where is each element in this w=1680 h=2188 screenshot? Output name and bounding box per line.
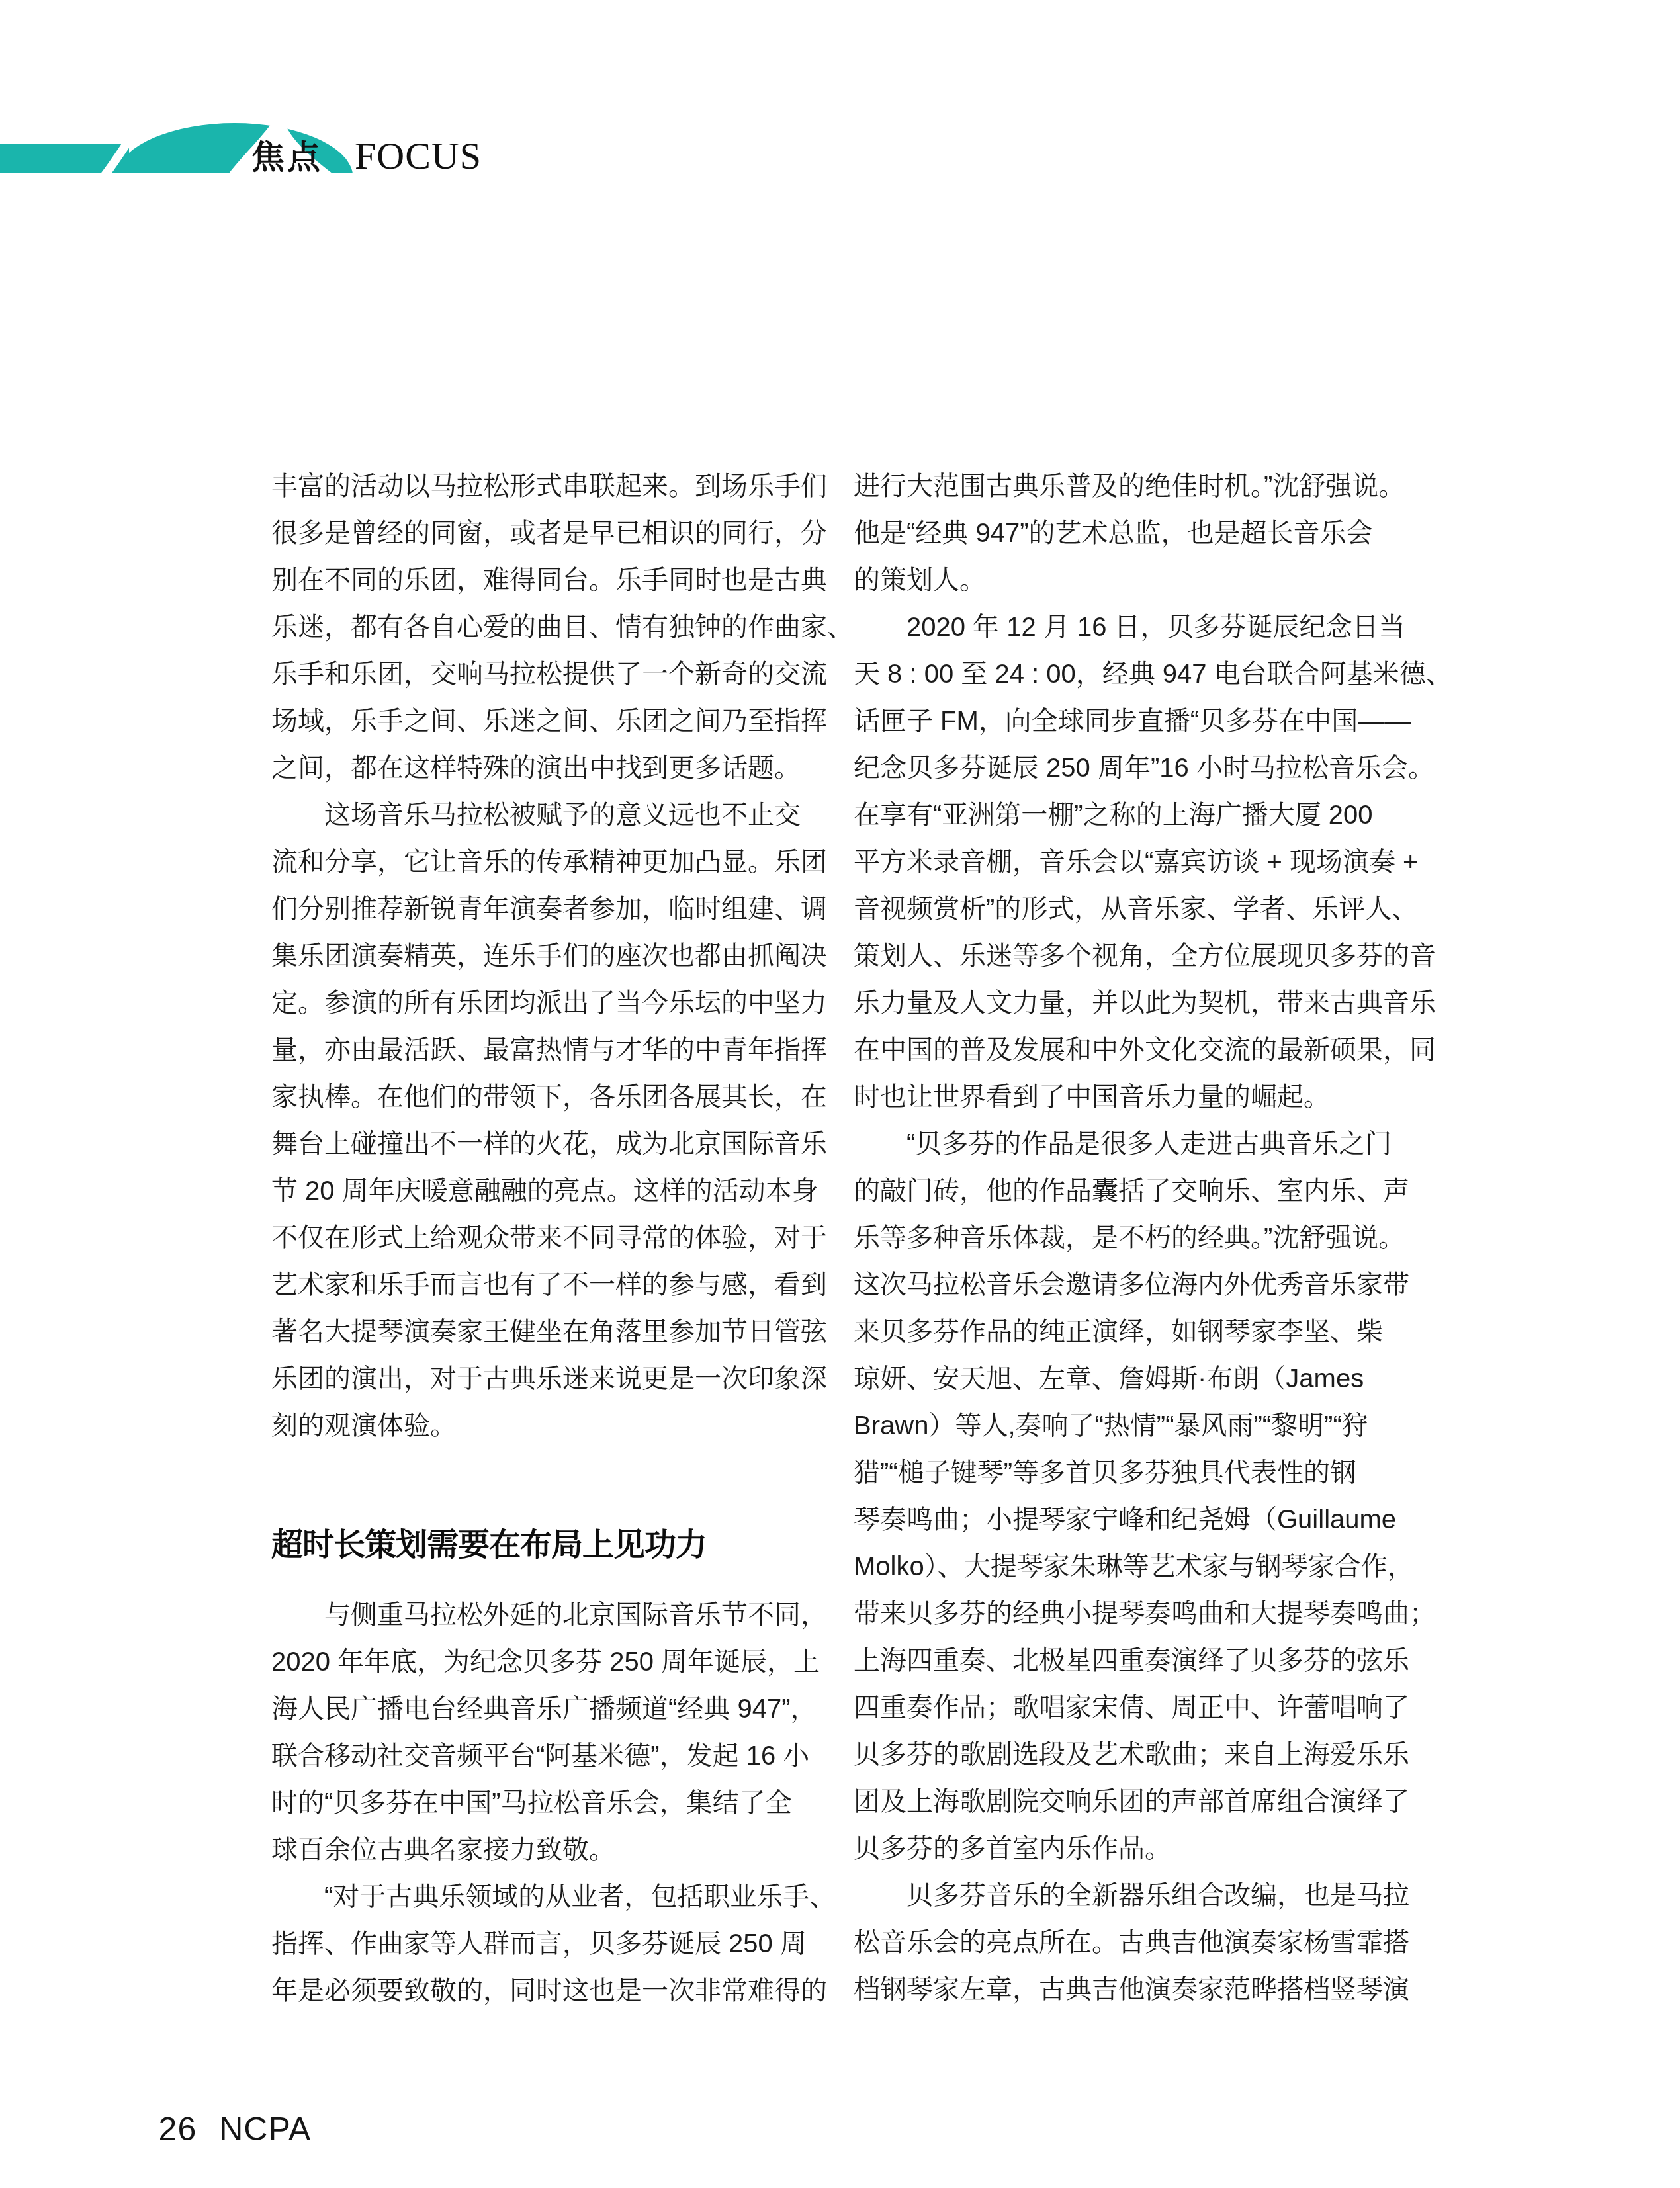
text-line: 松音乐会的亮点所在。古典吉他演奏家杨雪霏搭 xyxy=(854,1919,1417,1966)
text-line: 他是“经典 947”的艺术总监，也是超长音乐会 xyxy=(854,510,1417,557)
text-line: 2020 年年底，为纪念贝多芬 250 周年诞辰，上 xyxy=(271,1639,835,1686)
text-line: 贝多芬的多首室内乐作品。 xyxy=(854,1825,1417,1872)
text-line: 来贝多芬作品的纯正演绎，如钢琴家李坚、柴 xyxy=(854,1309,1417,1356)
text-line: 家执棒。在他们的带领下，各乐团各展其长，在 xyxy=(271,1074,835,1121)
text-line: 之间，都在这样特殊的演出中找到更多话题。 xyxy=(271,745,835,792)
text-line: 指挥、作曲家等人群而言，贝多芬诞辰 250 周 xyxy=(271,1921,835,1968)
paragraph: “对于古典乐领域的从业者，包括职业乐手、指挥、作曲家等人群而言，贝多芬诞辰 25… xyxy=(271,1874,835,2015)
text-line: 策划人、乐迷等多个视角，全方位展现贝多芬的音 xyxy=(854,933,1417,980)
text-line: 琴奏鸣曲；小提琴家宁峰和纪尧姆（Guillaume xyxy=(854,1497,1417,1544)
page-number: 26 xyxy=(159,2111,197,2148)
text-line: 乐手和乐团，交响马拉松提供了一个新奇的交流 xyxy=(271,651,835,698)
paragraph: 进行大范围古典乐普及的绝佳时机。”沈舒强说。他是“经典 947”的艺术总监，也是… xyxy=(854,463,1417,604)
paragraph: 贝多芬音乐的全新器乐组合改编，也是马拉松音乐会的亮点所在。古典吉他演奏家杨雪霏搭… xyxy=(854,1872,1417,2013)
text-line: “贝多芬的作品是很多人走进古典音乐之门 xyxy=(854,1121,1417,1168)
text-line: 在享有“亚洲第一棚”之称的上海广播大厦 200 xyxy=(854,792,1417,839)
text-line: 们分别推荐新锐青年演奏者参加，临时组建、调 xyxy=(271,886,835,933)
text-line: 贝多芬的歌剧选段及艺术歌曲；来自上海爱乐乐 xyxy=(854,1731,1417,1778)
text-line: 集乐团演奏精英，连乐手们的座次也都由抓阄决 xyxy=(271,933,835,980)
text-line: 时的“贝多芬在中国”马拉松音乐会，集结了全 xyxy=(271,1780,835,1827)
text-line: 档钢琴家左章，古典吉他演奏家范晔搭档竖琴演 xyxy=(854,1966,1417,2013)
text-line: 海人民广播电台经典音乐广播频道“经典 947”， xyxy=(271,1686,835,1733)
text-line: 丰富的活动以马拉松形式串联起来。到场乐手们 xyxy=(271,463,835,510)
text-line: 这次马拉松音乐会邀请多位海内外优秀音乐家带 xyxy=(854,1262,1417,1309)
article-right-column: 进行大范围古典乐普及的绝佳时机。”沈舒强说。他是“经典 947”的艺术总监，也是… xyxy=(854,463,1417,2013)
text-line: 音视频赏析”的形式，从音乐家、学者、乐评人、 xyxy=(854,886,1417,933)
page-footer: 26NCPA xyxy=(119,2074,311,2185)
text-line: 舞台上碰撞出不一样的火花，成为北京国际音乐 xyxy=(271,1121,835,1168)
article-left-column: 丰富的活动以马拉松形式串联起来。到场乐手们很多是曾经的同窗，或者是早已相识的同行… xyxy=(271,463,835,2015)
section-label-en: FOCUS xyxy=(355,136,482,176)
section-heading: 超时长策划需要在布局上见功力 xyxy=(271,1522,835,1569)
text-line: 四重奏作品；歌唱家宋倩、周正中、许蕾唱响了 xyxy=(854,1685,1417,1731)
text-line: 年是必须要致敬的，同时这也是一次非常难得的 xyxy=(271,1968,835,2015)
paragraph: 丰富的活动以马拉松形式串联起来。到场乐手们很多是曾经的同窗，或者是早已相识的同行… xyxy=(271,463,835,792)
text-line: Brawn）等人,奏响了“热情”“暴风雨”“黎明”“狩 xyxy=(854,1403,1417,1450)
text-line: Molko）、大提琴家朱琳等艺术家与钢琴家合作， xyxy=(854,1544,1417,1591)
paragraph: “贝多芬的作品是很多人走进古典音乐之门的敲门砖，他的作品囊括了交响乐、室内乐、声… xyxy=(854,1121,1417,1872)
text-line: 量，亦由最活跃、最富热情与才华的中青年指挥 xyxy=(271,1027,835,1074)
text-line: 的敲门砖，他的作品囊括了交响乐、室内乐、声 xyxy=(854,1168,1417,1215)
paragraph: 这场音乐马拉松被赋予的意义远也不止交流和分享，它让音乐的传承精神更加凸显。乐团们… xyxy=(271,792,835,1450)
text-line: 场域，乐手之间、乐迷之间、乐团之间乃至指挥 xyxy=(271,698,835,745)
text-line: 贝多芬音乐的全新器乐组合改编，也是马拉 xyxy=(854,1872,1417,1919)
text-line: 2020 年 12 月 16 日，贝多芬诞辰纪念日当 xyxy=(854,604,1417,651)
journal-abbr: NCPA xyxy=(219,2111,311,2148)
text-line: 进行大范围古典乐普及的绝佳时机。”沈舒强说。 xyxy=(854,463,1417,510)
text-line: 著名大提琴演奏家王健坐在角落里参加节日管弦 xyxy=(271,1309,835,1356)
text-line: 联合移动社交音频平台“阿基米德”，发起 16 小 xyxy=(271,1733,835,1780)
text-line: 的策划人。 xyxy=(854,557,1417,604)
text-line: “对于古典乐领域的从业者，包括职业乐手、 xyxy=(271,1874,835,1921)
text-line: 带来贝多芬的经典小提琴奏鸣曲和大提琴奏鸣曲； xyxy=(854,1591,1417,1638)
text-line: 不仅在形式上给观众带来不同寻常的体验，对于 xyxy=(271,1215,835,1262)
text-line: 别在不同的乐团，难得同台。乐手同时也是古典 xyxy=(271,557,835,604)
magazine-page: 焦点 FOCUS 丰富的活动以马拉松形式串联起来。到场乐手们很多是曾经的同窗，或… xyxy=(0,0,1680,2188)
text-line: 琼妍、安天旭、左章、詹姆斯·布朗（James xyxy=(854,1356,1417,1403)
text-line: 猎”“槌子键琴”等多首贝多芬独具代表性的钢 xyxy=(854,1450,1417,1497)
paragraph: 与侧重马拉松外延的北京国际音乐节不同，2020 年年底，为纪念贝多芬 250 周… xyxy=(271,1592,835,1874)
text-line: 天 8 : 00 至 24 : 00，经典 947 电台联合阿基米德、 xyxy=(854,651,1417,698)
text-line: 上海四重奏、北极星四重奏演绎了贝多芬的弦乐 xyxy=(854,1638,1417,1685)
text-line: 刻的观演体验。 xyxy=(271,1403,835,1450)
text-line: 流和分享，它让音乐的传承精神更加凸显。乐团 xyxy=(271,839,835,886)
text-line: 在中国的普及发展和中外文化交流的最新硕果，同 xyxy=(854,1027,1417,1074)
text-line: 节 20 周年庆暖意融融的亮点。这样的活动本身 xyxy=(271,1168,835,1215)
section-label-zh: 焦点 xyxy=(251,140,323,175)
text-line: 乐迷，都有各自心爱的曲目、情有独钟的作曲家、 xyxy=(271,604,835,651)
text-line: 与侧重马拉松外延的北京国际音乐节不同， xyxy=(271,1592,835,1639)
text-line: 乐力量及人文力量，并以此为契机，带来古典音乐 xyxy=(854,980,1417,1027)
text-line: 乐等多种音乐体裁，是不朽的经典。”沈舒强说。 xyxy=(854,1215,1417,1262)
text-line: 团及上海歌剧院交响乐团的声部首席组合演绎了 xyxy=(854,1778,1417,1825)
text-line: 定。参演的所有乐团均派出了当今乐坛的中坚力 xyxy=(271,980,835,1027)
text-line: 时也让世界看到了中国音乐力量的崛起。 xyxy=(854,1074,1417,1121)
text-line: 这场音乐马拉松被赋予的意义远也不止交 xyxy=(271,792,835,839)
text-line: 平方米录音棚，音乐会以“嘉宾访谈 + 现场演奏 + xyxy=(854,839,1417,886)
text-line: 艺术家和乐手而言也有了不一样的参与感，看到 xyxy=(271,1262,835,1309)
text-line: 话匣子 FM，向全球同步直播“贝多芬在中国—— xyxy=(854,698,1417,745)
text-line: 球百余位古典名家接力致敬。 xyxy=(271,1827,835,1874)
text-line: 纪念贝多芬诞辰 250 周年”16 小时马拉松音乐会。 xyxy=(854,745,1417,792)
paragraph: 2020 年 12 月 16 日，贝多芬诞辰纪念日当天 8 : 00 至 24 … xyxy=(854,604,1417,1121)
text-line: 乐团的演出，对于古典乐迷来说更是一次印象深 xyxy=(271,1356,835,1403)
text-line: 很多是曾经的同窗，或者是早已相识的同行，分 xyxy=(271,510,835,557)
